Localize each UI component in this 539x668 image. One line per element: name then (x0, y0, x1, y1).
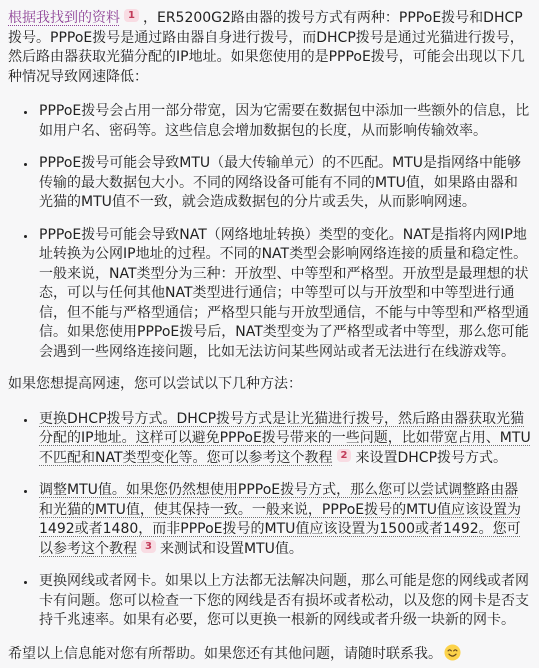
intro-paragraph: 根据我找到的资料1，ER5200G2路由器的拨号方式有两种：PPPoE拨号和DH… (8, 9, 531, 87)
after-citation-text: 来设置DHCP拨号方式。 (355, 450, 507, 466)
speed-methods-list: 更换DHCP拨号方式。DHCP拨号方式是让光猫进行拨号，然后路由器获取光猫分配的… (8, 410, 531, 631)
citation-badge-3[interactable]: 3 (141, 540, 156, 553)
list-item: 调整MTU值。如果您仍然想使用PPPoE拨号方式，那么您可以尝试调整路由器和光猫… (37, 481, 531, 559)
smiling-face-emoji (444, 644, 461, 661)
citation-badge-2[interactable]: 2 (337, 449, 352, 462)
after-citation-text: 来测试和设置MTU值。 (160, 541, 303, 557)
list-item: 更换DHCP拨号方式。DHCP拨号方式是让光猫进行拨号，然后路由器获取光猫分配的… (37, 410, 531, 469)
method-text: 更换网线或者网卡。如果以上方法都无法解决问题，那么可能是您的网线或者网卡有问题。… (39, 573, 529, 628)
list-item: PPPoE拨号可能会导致MTU（最大传输单元）的不匹配。MTU是指网络中能够传输… (37, 154, 531, 213)
list-item: PPPoE拨号可能会导致NAT（网络地址转换）类型的变化。NAT是指将内网IP地… (37, 226, 531, 363)
methods-intro-paragraph: 如果您想提高网速，您可以尝试以下几种方法： (8, 375, 531, 395)
source-reference-link[interactable]: 根据我找到的资料 (8, 10, 120, 26)
pppoe-issues-list: PPPoE拨号会占用一部分带宽，因为它需要在数据包中添加一些额外的信息，比如用户… (8, 102, 531, 362)
list-item: 更换网线或者网卡。如果以上方法都无法解决问题，那么可能是您的网线或者网卡有问题。… (37, 572, 531, 631)
list-item: PPPoE拨号会占用一部分带宽，因为它需要在数据包中添加一些额外的信息，比如用户… (37, 102, 531, 141)
assistant-message: 根据我找到的资料1，ER5200G2路由器的拨号方式有两种：PPPoE拨号和DH… (0, 0, 539, 664)
closing-paragraph: 希望以上信息能对您有所帮助。如果您还有其他问题，请随时联系我。 (8, 644, 531, 665)
closing-text: 希望以上信息能对您有所帮助。如果您还有其他问题，请随时联系我。 (8, 646, 442, 662)
citation-badge-1[interactable]: 1 (124, 9, 139, 22)
